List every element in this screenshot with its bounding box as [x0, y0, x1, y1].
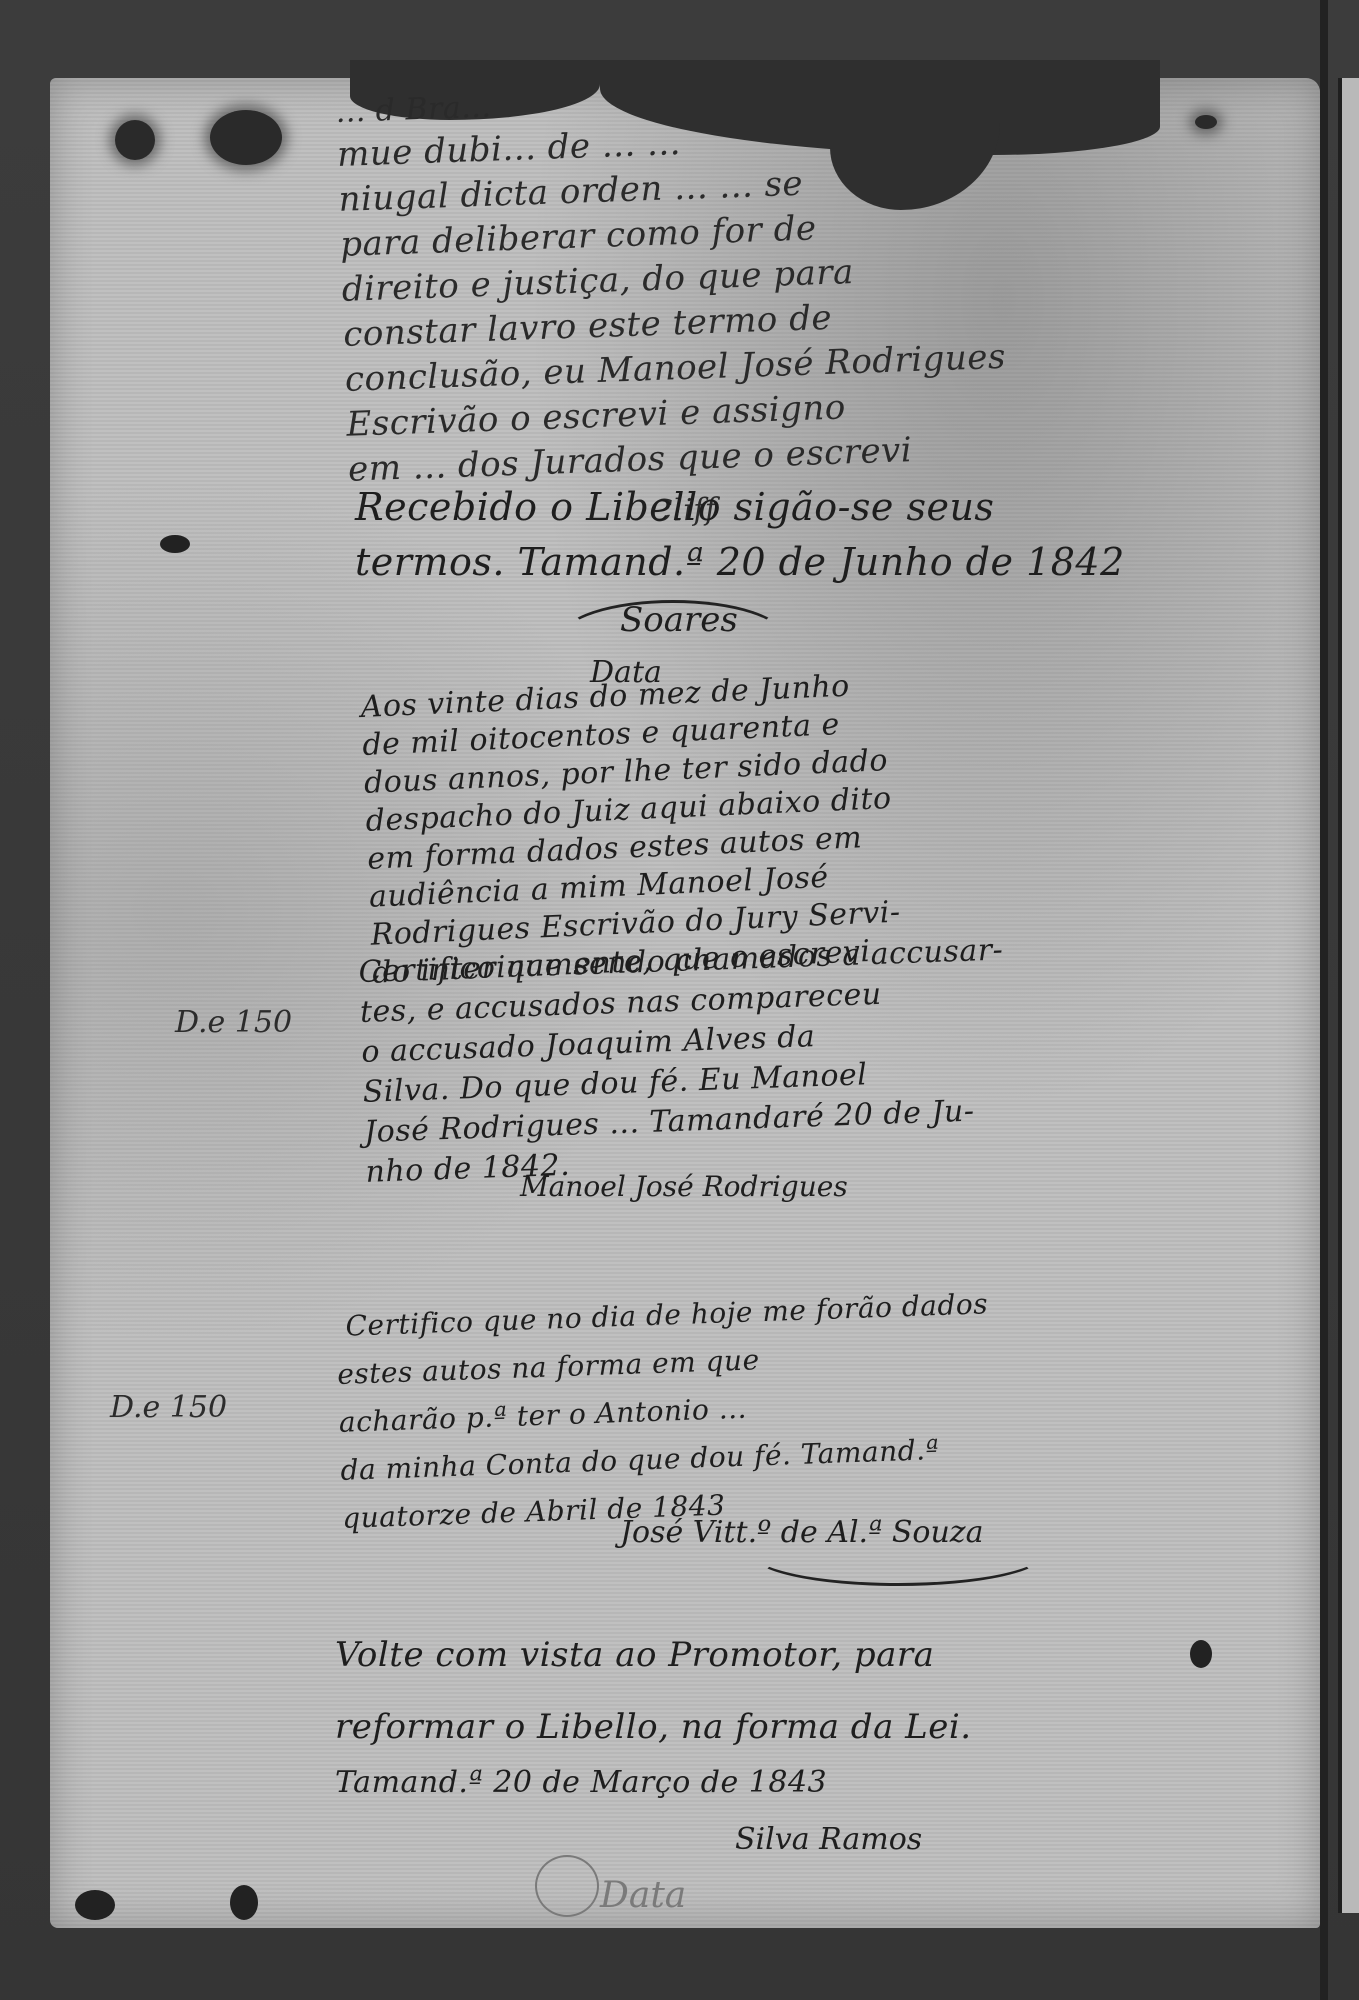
burn-hole [115, 120, 155, 160]
text-line: termos. Tamand.ª 20 de Junho de 1842 [355, 540, 1125, 584]
burn-hole [1195, 115, 1217, 129]
text-line: ... d Bra... [335, 90, 492, 130]
margin-fee-note: D.e 150 [175, 1005, 292, 1040]
text-line: Tamand.ª 20 de Março de 1843 [335, 1765, 827, 1800]
burn-hole [210, 110, 282, 165]
ink-blot [160, 535, 190, 553]
adjacent-page-edge [1338, 78, 1359, 1913]
text-line: Recebido o Libello sigão-se seus [355, 485, 994, 529]
signature-flourish [750, 1520, 1046, 1586]
text-line: reformar o Libello, na forma da Lei. [335, 1707, 972, 1747]
binding-gutter [1320, 0, 1328, 2000]
margin-fee-note: D.e 150 [110, 1390, 227, 1425]
text-line: Volte com vista ao Promotor, para [335, 1635, 934, 1675]
signature-silva-ramos: Silva Ramos [735, 1822, 922, 1857]
ink-blot [230, 1885, 258, 1920]
data-stamp: Data [600, 1875, 686, 1916]
signature-manoel-jose-rodrigues: Manoel José Rodrigues [520, 1170, 848, 1203]
stamp-circle [535, 1855, 599, 1917]
ink-blot [75, 1890, 115, 1920]
ink-blot [1190, 1640, 1212, 1668]
